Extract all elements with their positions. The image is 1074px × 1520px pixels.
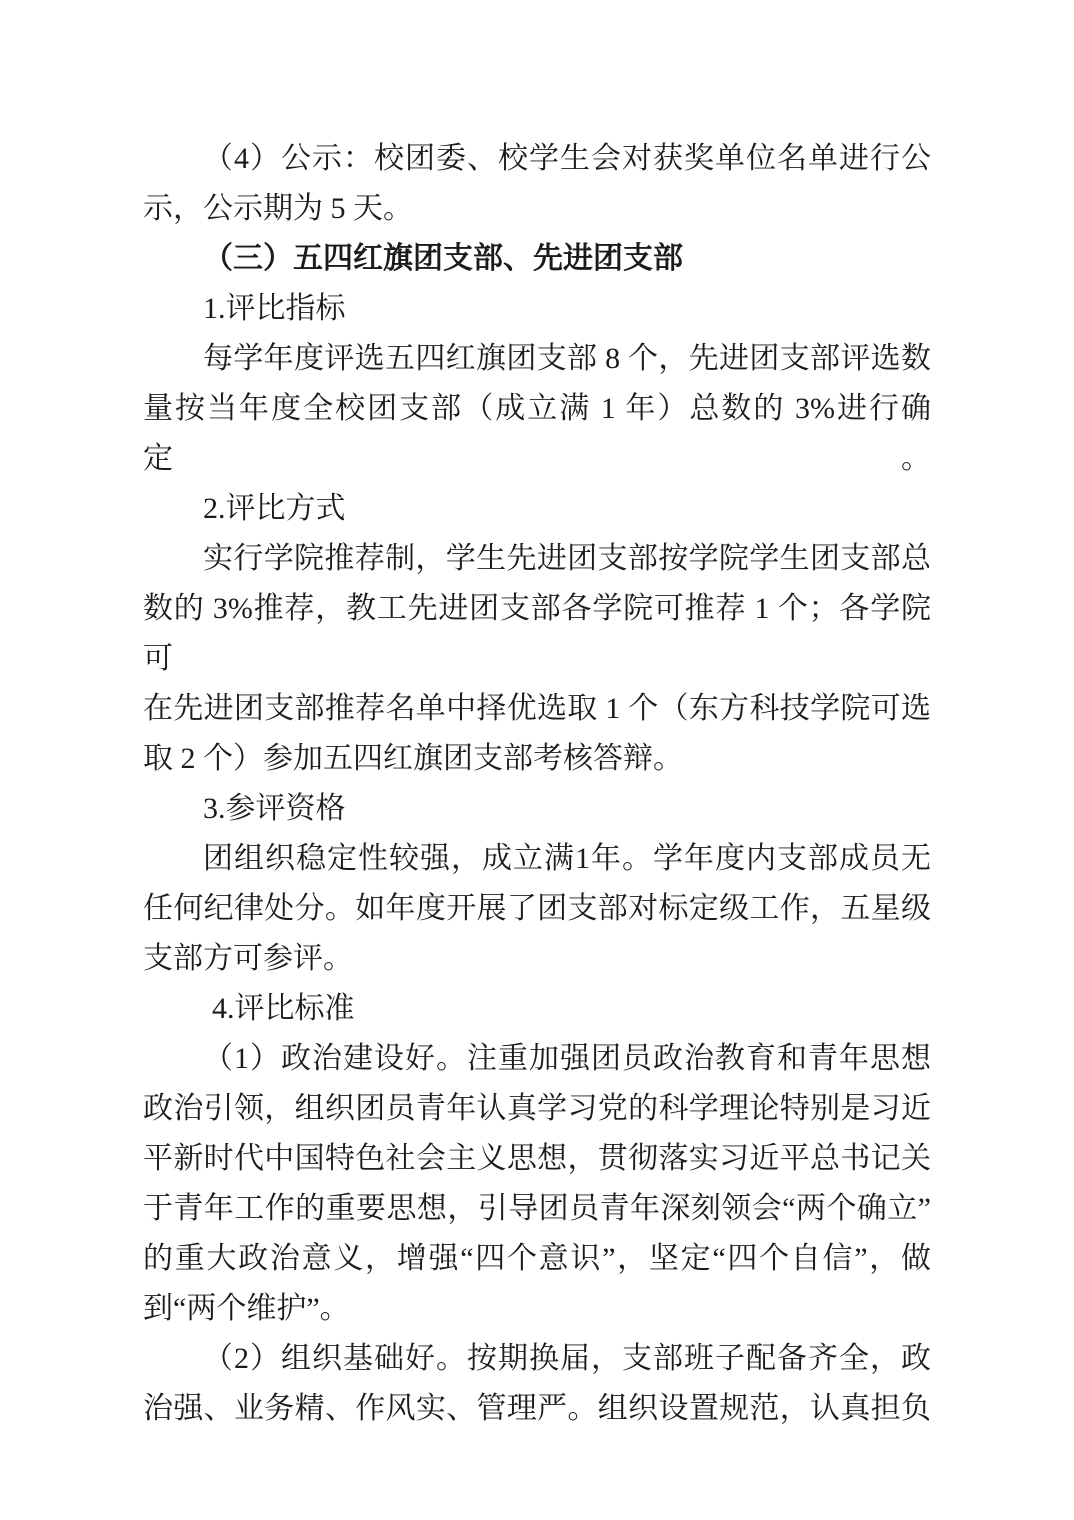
text-line-1: （4）公示：校团委、校学生会对获奖单位名单进行公 <box>143 134 931 184</box>
text-line-14: 任何纪律处分。如年度开展了团支部对标定级工作，五星级 <box>143 884 931 934</box>
text-line-7: 2.评比方式 <box>143 484 931 534</box>
text-line-15: 支部方可参评。 <box>143 934 931 984</box>
document-page: （4）公示：校团委、校学生会对获奖单位名单进行公示，公示期为 5 天。（三）五四… <box>0 0 1074 1520</box>
text-line-3: （三）五四红旗团支部、先进团支部 <box>143 234 931 284</box>
text-line-9: 数的 3%推荐，教工先进团支部各学院可推荐 1 个；各学院可 <box>143 584 931 684</box>
text-line-16: 4.评比标准 <box>143 984 931 1034</box>
text-line-4: 1.评比指标 <box>143 284 931 334</box>
text-line-24: 治强、业务精、作风实、管理严。组织设置规范，认真担负 <box>143 1384 931 1434</box>
document-body: （4）公示：校团委、校学生会对获奖单位名单进行公示，公示期为 5 天。（三）五四… <box>143 134 931 1434</box>
text-line-11: 取 2 个）参加五四红旗团支部考核答辩。 <box>143 734 931 784</box>
text-line-19: 平新时代中国特色社会主义思想，贯彻落实习近平总书记关 <box>143 1134 931 1184</box>
text-line-20: 于青年工作的重要思想，引导团员青年深刻领会“两个确立” <box>143 1184 931 1234</box>
text-line-12: 3.参评资格 <box>143 784 931 834</box>
text-line-2: 示，公示期为 5 天。 <box>143 184 931 234</box>
text-line-18: 政治引领，组织团员青年认真学习党的科学理论特别是习近 <box>143 1084 931 1134</box>
text-line-13: 团组织稳定性较强，成立满1年。学年度内支部成员无 <box>143 834 931 884</box>
text-line-17: （1）政治建设好。注重加强团员政治教育和青年思想 <box>143 1034 931 1084</box>
text-line-23: （2）组织基础好。按期换届，支部班子配备齐全，政 <box>143 1334 931 1384</box>
text-line-10: 在先进团支部推荐名单中择优选取 1 个（东方科技学院可选 <box>143 684 931 734</box>
text-line-22: 到“两个维护”。 <box>143 1284 931 1334</box>
text-line-21: 的重大政治意义，增强“四个意识”，坚定“四个自信”，做 <box>143 1234 931 1284</box>
text-line-5: 每学年度评选五四红旗团支部 8 个，先进团支部评选数 <box>143 334 931 384</box>
text-line-8: 实行学院推荐制，学生先进团支部按学院学生团支部总 <box>143 534 931 584</box>
text-line-6: 量按当年度全校团支部（成立满 1 年）总数的 3%进行确定。 <box>143 384 931 484</box>
